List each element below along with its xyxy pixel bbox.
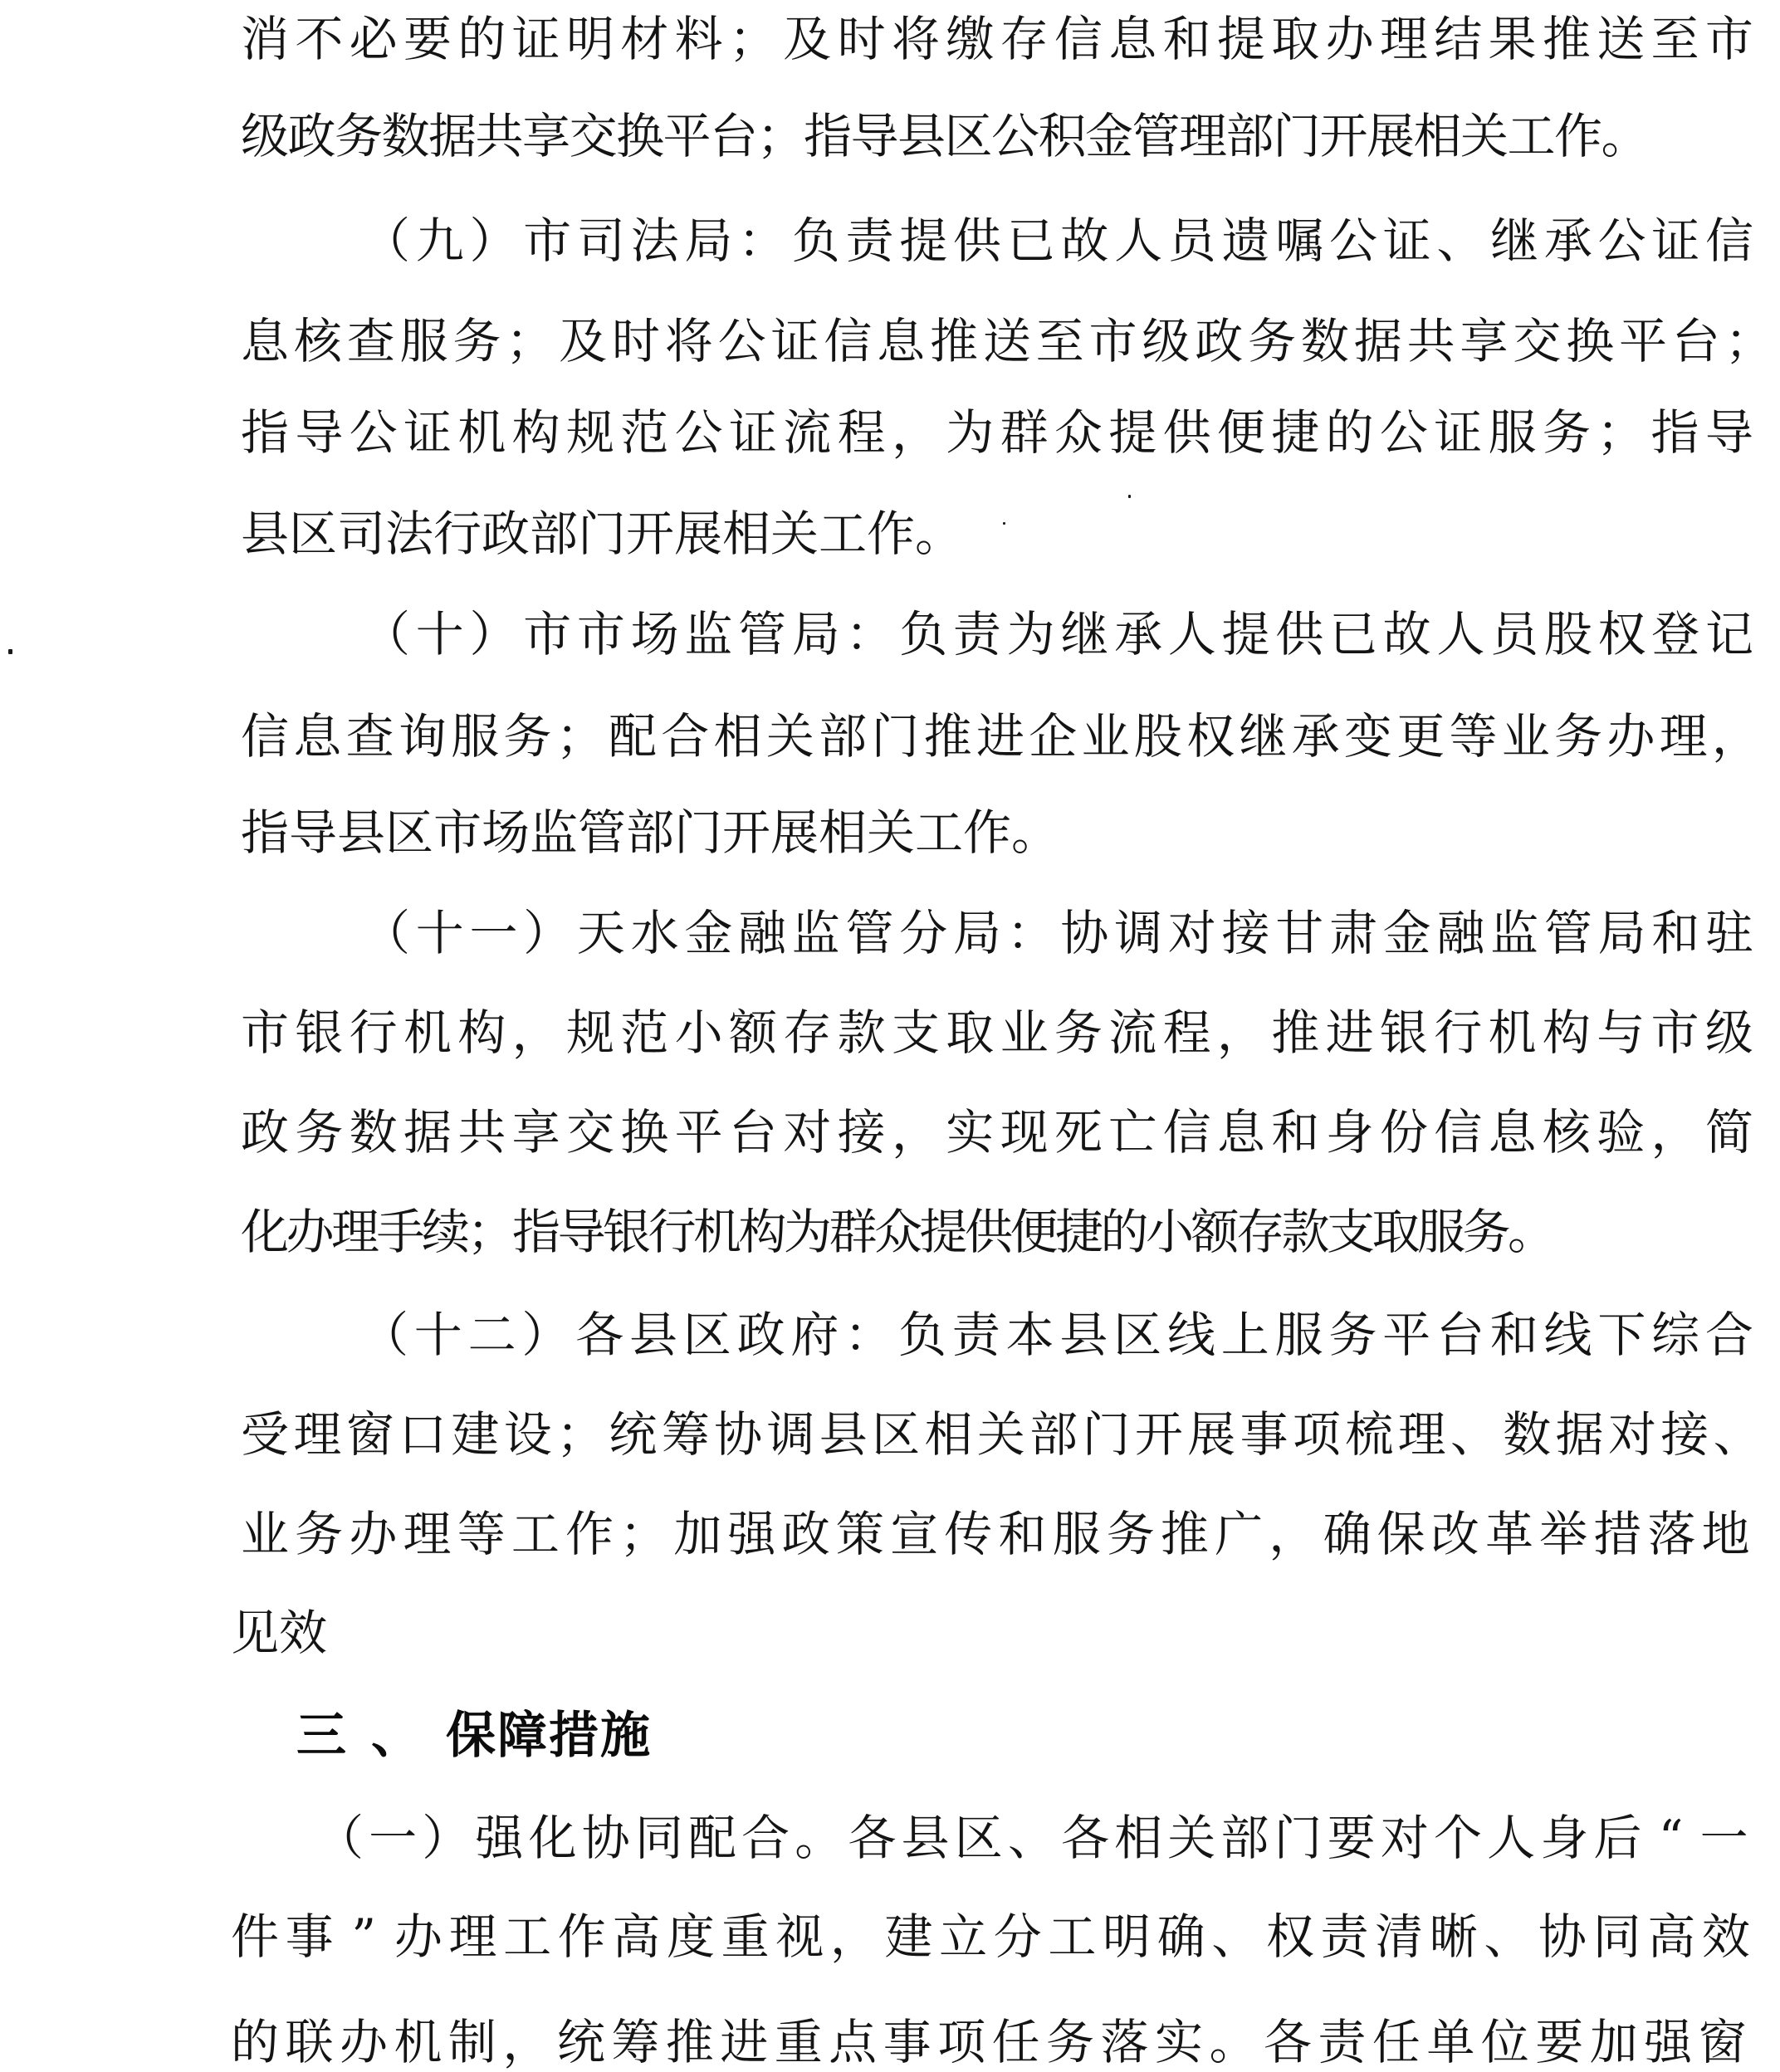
text-line: 消不必要的证明材料；及时将缴存信息和提取办理结果推送至市: [241, 12, 1753, 66]
text-line: 指导公证机构规范公证流程，为群众提供便捷的公证服务；指导: [241, 405, 1753, 460]
document-page: 消不必要的证明材料；及时将缴存信息和提取办理结果推送至市级政务数据共享交换平台；…: [0, 0, 1780, 2072]
scan-speck: [1003, 522, 1005, 525]
text-line: （十）市市场监管局：负责为继承人提供已故人员股权登记: [362, 607, 1753, 662]
text-line: 息核查服务；及时将公证信息推送至市级政务数据共享交换平台；: [241, 314, 1773, 369]
text-line: 件事”办理工作高度重视，建立分工明确、权责清晰、协同高效: [231, 1909, 1750, 1964]
text-line: （十一）天水金融监管分局：协调对接甘肃金融监管局和驻: [362, 906, 1753, 960]
text-line: 业务办理等工作；加强政策宣传和服务推广，确保改革举措落地: [241, 1507, 1750, 1561]
text-line: （一）强化协同配合。各县区、各相关部门要对个人身后“一: [315, 1811, 1748, 1865]
text-line: 县区司法行政部门开展相关工作。: [241, 506, 963, 561]
text-line: 的联办机制，统筹推进重点事项任务落实。各责任单位要加强窗: [231, 2015, 1747, 2070]
text-line: 化办理手续；指导银行机构为群众提供便捷的小额存款支取服务。: [241, 1205, 1553, 1259]
text-line: 见效: [231, 1605, 327, 1660]
text-line: 政务数据共享交换平台对接，实现死亡信息和身份信息核验，简: [241, 1105, 1753, 1160]
text-line: 信息查询服务；配合相关部门推进企业股权继承变更等业务办理，: [241, 709, 1760, 764]
scan-speck: [8, 649, 12, 654]
scan-speck: [1128, 495, 1131, 498]
section-heading-safeguards: 三、保障措施: [296, 1708, 651, 1763]
text-line: 指导县区市场监管部门开展相关工作。: [241, 805, 1059, 860]
text-line: 级政务数据共享交换平台；指导县区公积金管理部门开展相关工作。: [241, 109, 1648, 164]
text-line: 受理窗口建设；统筹协调县区相关部门开展事项梳理、数据对接、: [241, 1407, 1762, 1462]
text-line: （十二）各县区政府：负责本县区线上服务平台和线下综合: [360, 1307, 1753, 1362]
text-line: （九）市司法局：负责提供已故人员遗嘱公证、继承公证信: [362, 213, 1753, 268]
text-line: 市银行机构，规范小额存款支取业务流程，推进银行机构与市级: [241, 1005, 1753, 1060]
